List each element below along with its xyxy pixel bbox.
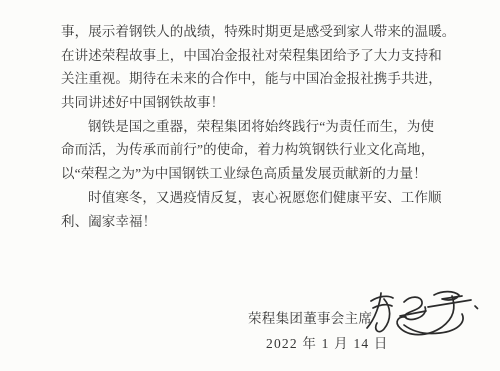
letter-line: 以“荣程之为”为中国钢铁工业绿色高质量发展贡献新的力量！ <box>61 162 453 186</box>
letter-date: 2022 年 1 月 14 日 <box>266 335 389 353</box>
letter-body: 事，展示着钢铁人的战绩，特殊时期更是感受到家人带来的温暖。 在讲述荣程故事上，中… <box>61 20 453 233</box>
letter-line: 共同讲述好中国钢铁故事！ <box>61 91 453 115</box>
signer-title: 荣程集团董事会主席 <box>248 310 372 328</box>
letter-line: 事，展示着钢铁人的战绩，特殊时期更是感受到家人带来的温暖。 <box>61 20 453 44</box>
letter-line: 钢铁是国之重器，荣程集团将始终践行“为责任而生，为使 <box>61 115 453 139</box>
letter-line: 命而活，为传承而前行”的使命，着力构筑钢铁行业文化高地， <box>61 138 453 162</box>
letter-line: 关注重视。期待在未来的合作中，能与中国冶金报社携手共进， <box>61 67 453 91</box>
letter-line: 在讲述荣程故事上，中国冶金报社对荣程集团给予了大力支持和 <box>61 44 453 68</box>
letter-line: 利、阖家幸福！ <box>61 210 453 234</box>
letter-page: 事，展示着钢铁人的战绩，特殊时期更是感受到家人带来的温暖。 在讲述荣程故事上，中… <box>0 0 500 371</box>
letter-line: 时值寒冬，又遇疫情反复，衷心祝愿您们健康平安、工作顺 <box>61 186 453 210</box>
